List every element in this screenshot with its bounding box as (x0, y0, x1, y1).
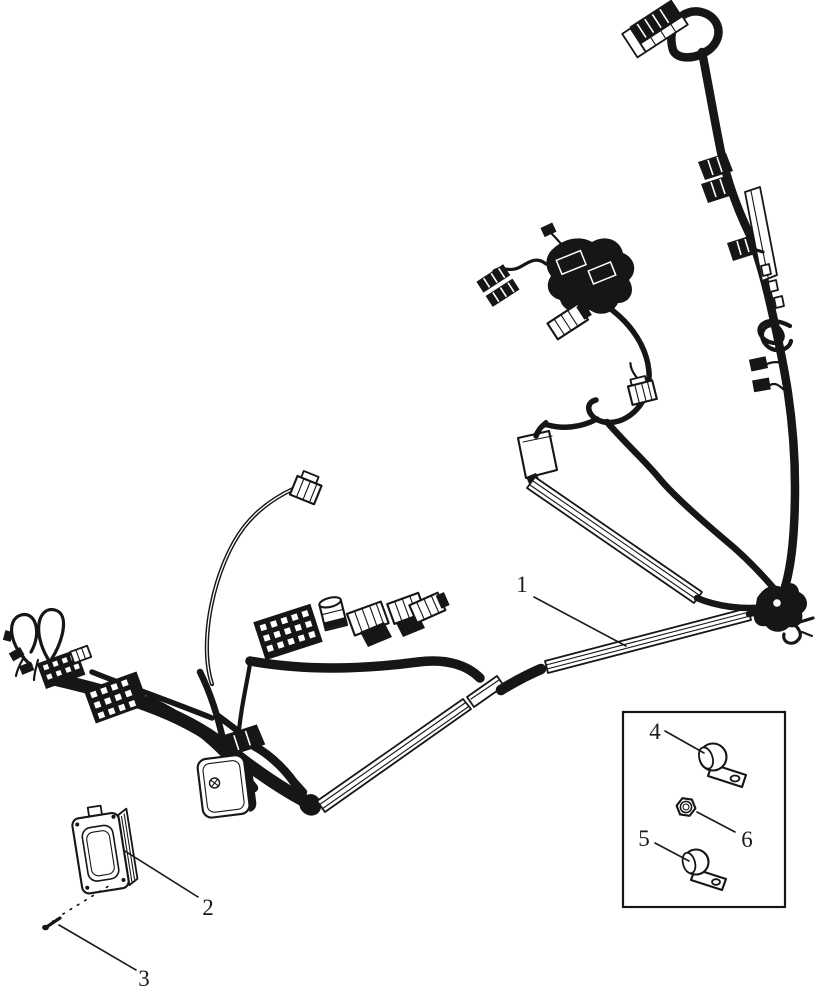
main-trunk (671, 11, 795, 604)
callout-5: 5 (638, 826, 689, 861)
small-top-connector (70, 646, 91, 663)
p-clamp-small (680, 850, 726, 891)
mounting-screw (42, 918, 60, 930)
inset-parts-box: 4 6 5 (623, 712, 785, 907)
sleeved-conduit (518, 422, 765, 608)
leader-line-6 (697, 812, 735, 832)
clamp-hole (773, 599, 781, 607)
connector-receptacle (70, 802, 139, 895)
flange-nut (675, 798, 696, 817)
leader-line-4 (665, 731, 704, 753)
hanging-connector (290, 470, 324, 505)
hanging-plug (623, 359, 657, 405)
branch-harness-wire (607, 422, 777, 592)
middle-connector-cluster (476, 223, 656, 436)
callout-5-label: 5 (638, 826, 650, 851)
p-clamp-large (696, 744, 746, 788)
conduit-rail-lower (299, 669, 541, 816)
callout-6-label: 6 (741, 827, 753, 852)
fuse-connector-block-b (84, 671, 149, 723)
harness-end-connector (621, 0, 688, 57)
callout-4-label: 4 (649, 719, 661, 744)
harness-junction (754, 583, 813, 643)
callout-1: 1 (516, 572, 626, 646)
cylindrical-breather (318, 595, 347, 630)
callout-2: 2 (125, 851, 214, 920)
leader-line-5 (655, 843, 689, 861)
conduit-rail-upper (545, 606, 774, 673)
callout-3-label: 3 (138, 966, 150, 991)
callout-2-label: 2 (202, 895, 214, 920)
leader-line-1 (534, 597, 626, 646)
wiring-harness-diagram: 1 2 3 (0, 0, 816, 1000)
callout-3: 3 (59, 925, 150, 991)
leader-line-3 (59, 925, 136, 970)
parts-diagram-page: 1 2 3 (0, 0, 816, 1000)
callout-6: 6 (697, 812, 753, 852)
callout-4: 4 (649, 719, 704, 753)
relay-pin-block (253, 604, 322, 661)
callout-1-label: 1 (516, 572, 528, 597)
